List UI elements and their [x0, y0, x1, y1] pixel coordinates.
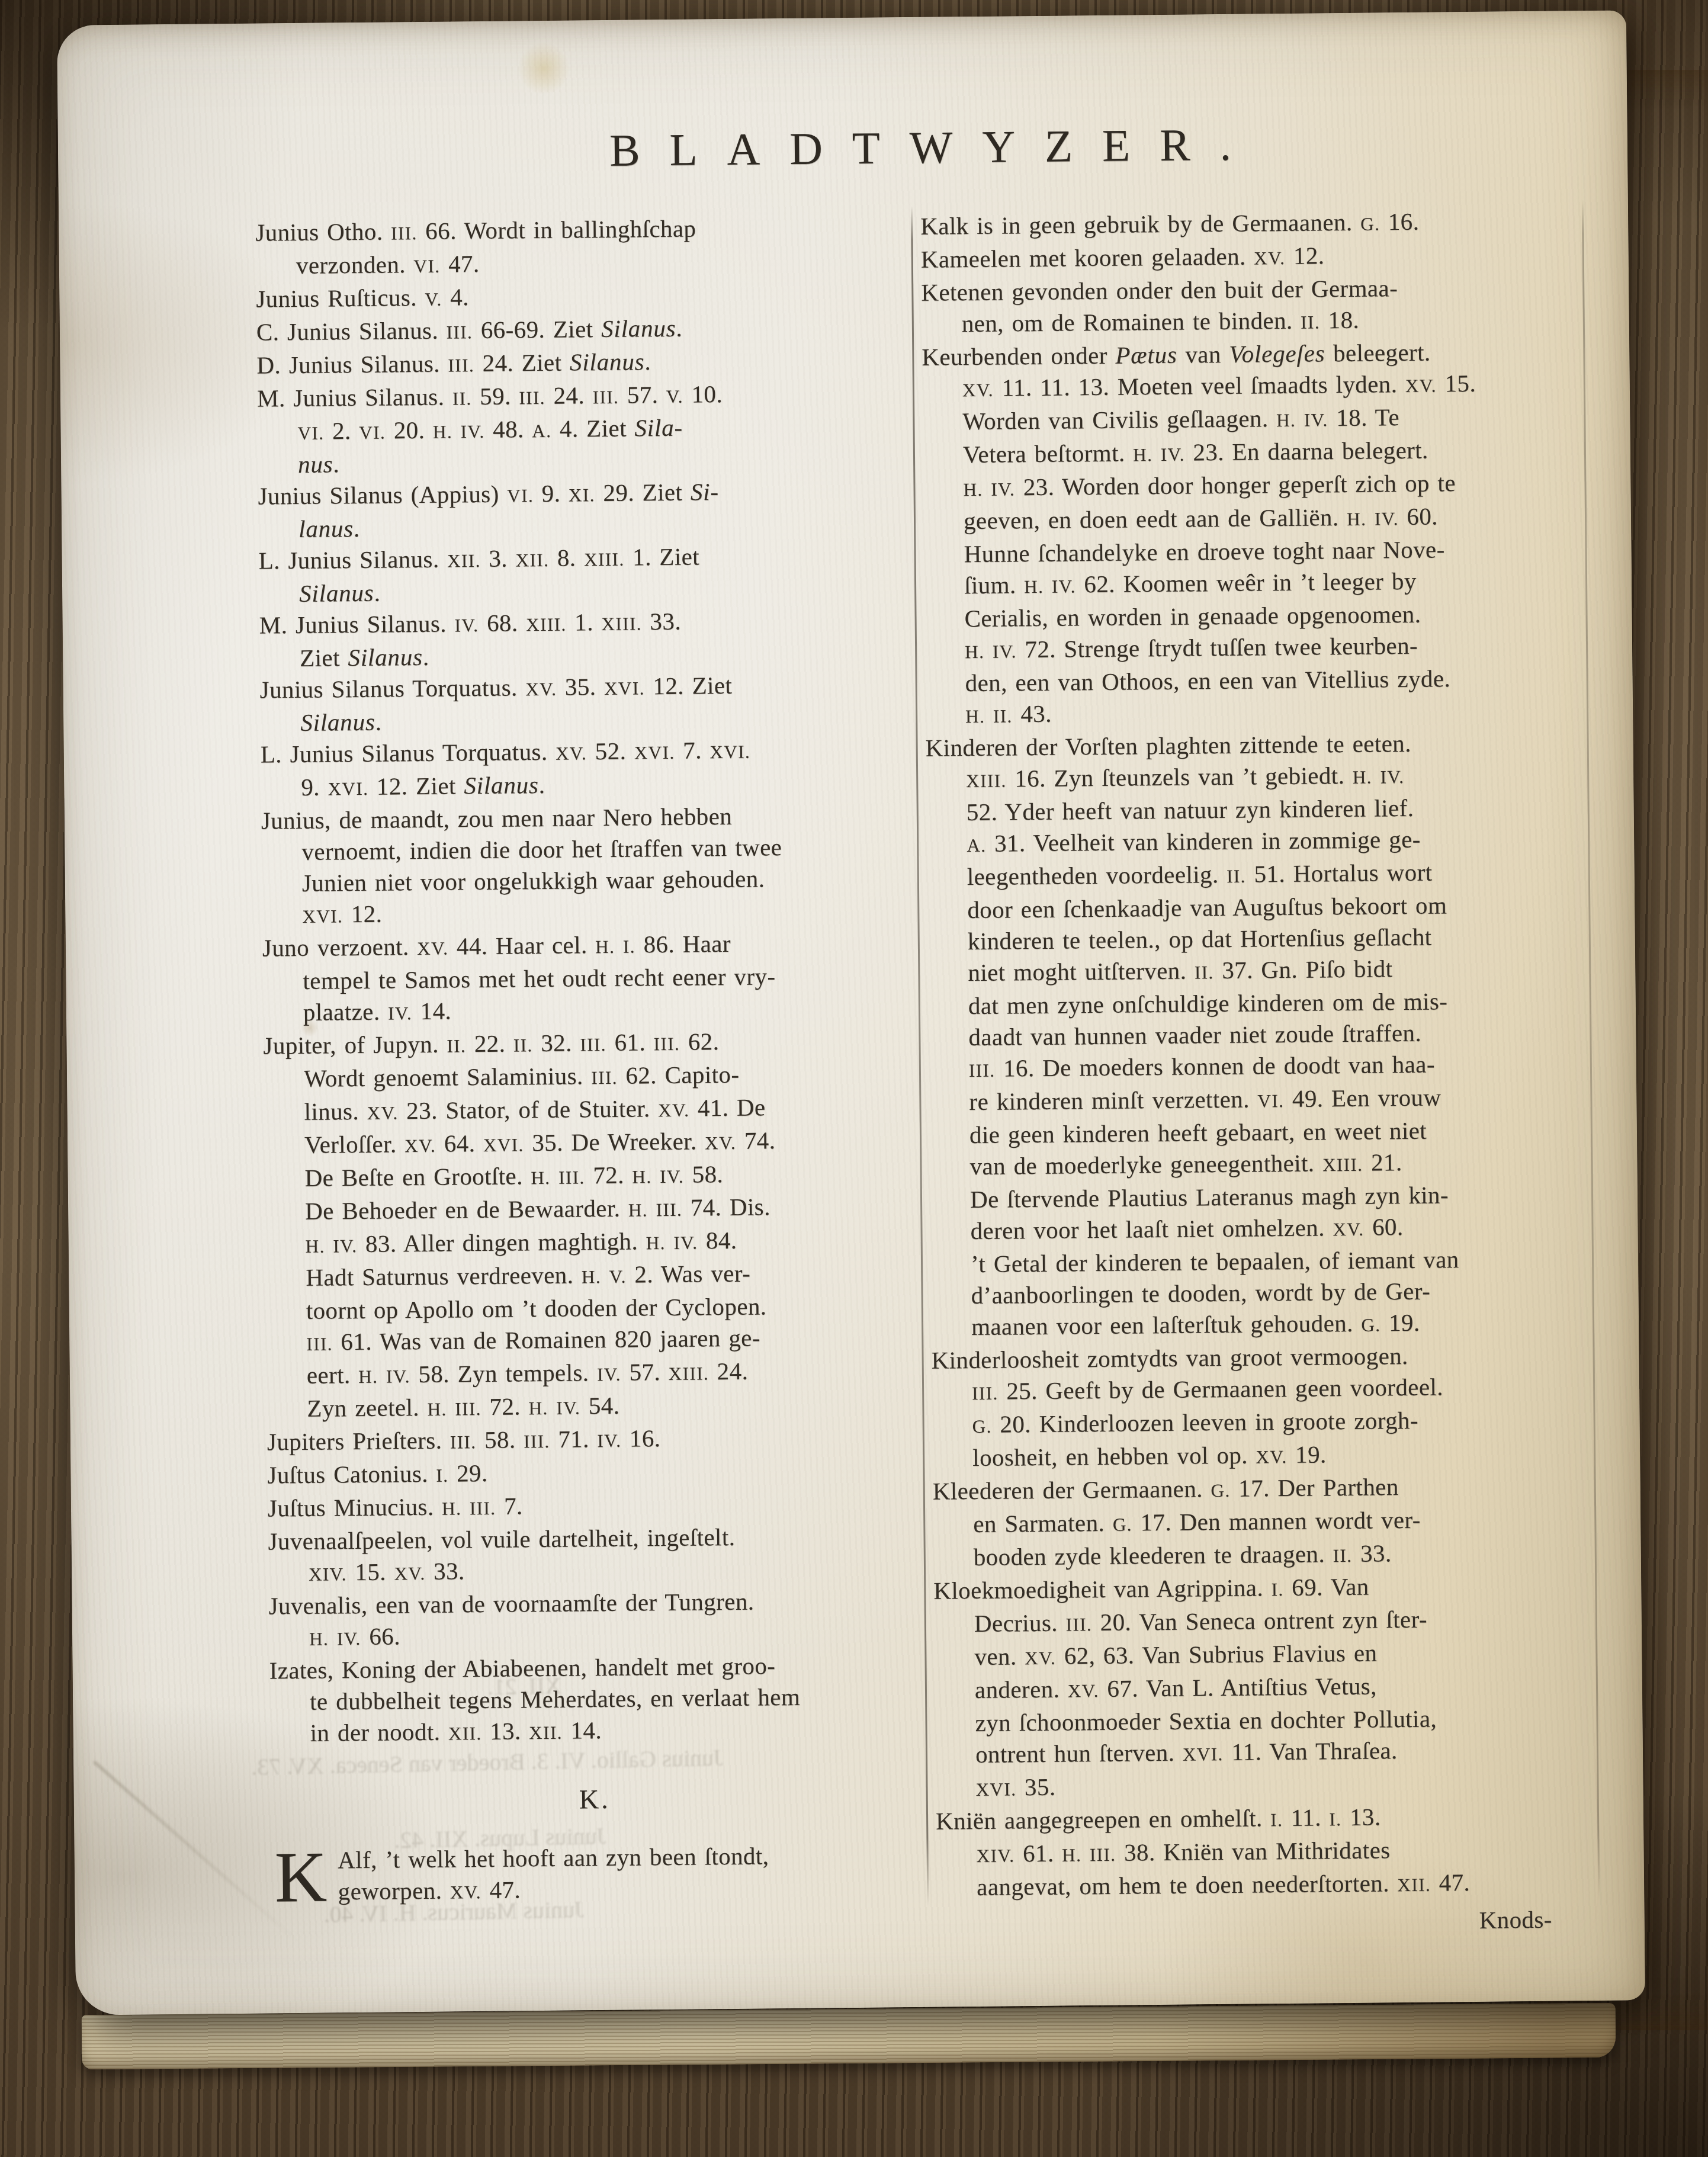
reference-numeral: III. — [470, 1498, 496, 1519]
index-line: leegentheden voordeelig. II. 51. Hortalu… — [927, 855, 1575, 895]
index-entry: C. Junius Silanus. III. 66-69. Ziet Sila… — [256, 310, 905, 350]
reference-numeral: IV. — [1375, 508, 1399, 529]
reference-numeral: IV. — [597, 1430, 621, 1451]
index-line: anderen. XV. 67. Van L. Antiſtius Vetus, — [935, 1668, 1583, 1708]
reference-numeral: III. — [450, 1431, 477, 1452]
index-line: ontrent hun ſterven. XVI. 11. Van Thraſe… — [935, 1733, 1584, 1773]
index-line: geeven, en doen eedt aan de Galliën. H. … — [923, 499, 1572, 539]
index-line: van de moederlyke geneegentheit. XIII. 2… — [929, 1145, 1578, 1185]
reference-numeral: H. — [1062, 1844, 1081, 1865]
index-line: Kniën aangegreepen en omhelſt. I. 11. I.… — [936, 1799, 1584, 1839]
reference-numeral: I. — [1329, 1809, 1341, 1829]
index-line: linus. XV. 23. Stator, of de Stuiter. XV… — [264, 1090, 912, 1130]
index-line: Wordt genoemt Salaminius. III. 62. Capit… — [264, 1057, 912, 1097]
reference-numeral: VI. — [507, 485, 534, 506]
index-entry: Junius Otho. III. 66. Wordt in ballinghſ… — [255, 211, 904, 284]
reference-numeral: XV. — [705, 1132, 736, 1154]
reference-numeral: V. — [666, 386, 683, 407]
index-entry: Kloekmoedigheit van Agrippina. I. 69. Va… — [933, 1569, 1584, 1805]
index-line: Jupiters Prieſters. III. 58. III. 71. IV… — [267, 1420, 916, 1460]
reference-numeral: IV. — [386, 1366, 410, 1386]
index-line: geworpen. XV. 47. — [271, 1870, 920, 1910]
reference-numeral: A. — [532, 421, 551, 441]
index-line: Junius Silanus Torquatus. XV. 35. XVI. 1… — [259, 668, 908, 708]
reference-numeral: IV. — [993, 641, 1017, 662]
index-entry: Junius Ruſticus. V. 4. — [256, 277, 904, 317]
reference-numeral: III. — [653, 1033, 680, 1054]
reference-numeral: III. — [1090, 1844, 1116, 1865]
reference-numeral: H. — [1347, 509, 1366, 529]
index-entry: Junius Silanus (Appius) VI. 9. XI. 29. Z… — [258, 474, 907, 545]
index-entry: Izates, Koning der Abiabeenen, handelt m… — [269, 1649, 919, 1751]
index-entry: Juſtus Catonius. I. 29. — [267, 1453, 916, 1493]
index-line: H. IV. 83. Aller dingen maghtigh. H. IV.… — [265, 1223, 913, 1263]
reference-numeral: I. — [436, 1465, 448, 1486]
index-line: Juſtus Minucius. H. III. 7. — [268, 1487, 916, 1526]
reference-numeral: XIII. — [966, 770, 1007, 791]
reference-numeral: XV. — [658, 1100, 689, 1121]
index-line: Juſtus Catonius. I. 29. — [267, 1453, 916, 1493]
index-line: Vetera beſtormt. H. IV. 23. En daarna be… — [923, 433, 1571, 473]
index-line: H. IV. 72. Strenge ſtrydt tuſſen twee ke… — [924, 628, 1573, 668]
reference-numeral: XIII. — [1322, 1154, 1363, 1176]
reference-numeral: XII. — [447, 550, 481, 572]
reference-numeral: XIII. — [526, 614, 567, 635]
reference-numeral: XV. — [1068, 1680, 1099, 1702]
reference-numeral: IV. — [1304, 409, 1328, 430]
reference-numeral: IV. — [660, 1166, 684, 1187]
index-column-left: Junius Otho. III. 66. Wordt in ballinghſ… — [255, 211, 920, 1947]
reference-numeral: III. — [524, 1431, 550, 1452]
index-line: Junius Silanus (Appius) VI. 9. XI. 29. Z… — [258, 474, 906, 514]
reference-numeral: II. — [452, 388, 472, 409]
index-entry: Juſtus Minucius. H. III. 7. — [268, 1487, 916, 1526]
index-line: nen, om de Romainen te binden. II. 18. — [922, 302, 1570, 342]
index-line: aangevat, om hem te doen neederſtorten. … — [936, 1866, 1585, 1905]
index-line: Decrius. III. 20. Van Seneca ontrent zyn… — [934, 1602, 1582, 1642]
index-line: VI. 2. VI. 20. H. IV. 48. A. 4. Ziet Sil… — [257, 410, 906, 450]
reference-numeral: III. — [591, 1067, 618, 1088]
reference-numeral: XV. — [1254, 248, 1285, 269]
index-line: niet moght uitſterven. II. 37. Gn. Piſo … — [927, 951, 1576, 991]
reference-numeral: XIV. — [977, 1845, 1015, 1866]
reference-numeral: H. — [628, 1199, 648, 1220]
reference-numeral: III. — [558, 1167, 585, 1187]
reference-numeral: II. — [513, 1035, 533, 1055]
reference-numeral: III. — [519, 387, 545, 408]
reference-numeral: H. — [965, 706, 985, 727]
reference-numeral: H. — [646, 1232, 666, 1253]
index-line: XVI. 12. — [262, 893, 910, 933]
reference-numeral: XVI. — [1183, 1744, 1224, 1765]
index-line: 9. XVI. 12. Ziet Silanus. — [261, 766, 909, 805]
outer-margin-rule — [1582, 200, 1600, 1899]
reference-numeral: XV. — [367, 1102, 398, 1124]
drop-cap: K — [271, 1844, 338, 1904]
index-line: loosheit, en hebben vol op. XV. 19. — [932, 1436, 1581, 1476]
reference-numeral: G. — [1361, 1314, 1380, 1335]
index-line: Kalk is in geen gebruik by de Germaanen.… — [920, 204, 1569, 244]
index-entry: Kinderloosheit zomtydts van groot vermoo… — [931, 1339, 1581, 1476]
reference-numeral: XV. — [394, 1563, 425, 1584]
reference-numeral: II. — [1227, 866, 1246, 887]
index-line: XV. 11. 11. 13. Moeten veel ſmaadts lyde… — [922, 367, 1571, 406]
reference-numeral: V. — [425, 289, 442, 310]
reference-numeral: IV. — [1161, 444, 1185, 465]
reference-numeral: I. — [1271, 1579, 1283, 1600]
reference-numeral: H. — [1276, 410, 1296, 431]
reference-numeral: IV. — [388, 1003, 412, 1023]
index-line: Juno verzoent. XV. 44. Haar cel. H. I. 8… — [262, 926, 911, 966]
reference-numeral: H. — [1024, 576, 1044, 597]
index-line: Kameelen met kooren gelaaden. XV. 12. — [921, 237, 1569, 277]
reference-numeral: IV. — [597, 1364, 621, 1385]
reference-numeral: III. — [455, 1398, 481, 1419]
index-line: eert. H. IV. 58. Zyn tempels. IV. 57. XI… — [267, 1354, 915, 1394]
index-line: deren voor het laaſt niet omhelzen. XV. … — [930, 1209, 1578, 1249]
index-entry: Jupiters Prieſters. III. 58. III. 71. IV… — [267, 1420, 916, 1460]
index-line: M. Junius Silanus. II. 59. III. 24. III.… — [257, 377, 906, 416]
index-line: ven. XV. 62, 63. Van Subrius Flavius en — [934, 1635, 1582, 1675]
index-entry: Junius Silanus Torquatus. XV. 35. XVI. 1… — [259, 668, 908, 739]
index-line: en Sarmaten. G. 17. Den mannen wordt ver… — [933, 1503, 1581, 1542]
index-line: III. 61. Was van de Romainen 820 jaaren … — [266, 1321, 914, 1360]
reference-numeral: III. — [306, 1333, 333, 1354]
index-entry: D. Junius Silanus. III. 24. Ziet Silanus… — [256, 344, 905, 383]
reference-numeral: XV. — [417, 938, 448, 959]
section-heading: K. — [270, 1780, 919, 1818]
reference-numeral: IV. — [333, 1235, 357, 1256]
index-line: A. 31. Veelheit van kinderen in zommige … — [926, 822, 1575, 862]
index-entry: Kinderen der Vorſten plaghten zittende t… — [925, 726, 1579, 1344]
reference-numeral: H. — [1353, 767, 1372, 788]
index-entry: KAlf, ’t welk het hooft aan zyn been ſto… — [271, 1839, 920, 1910]
reference-numeral: II. — [1301, 312, 1320, 332]
reference-numeral: XV. — [1256, 1446, 1287, 1468]
reference-numeral: IV. — [337, 1628, 361, 1649]
reference-numeral: H. — [632, 1166, 651, 1187]
reference-numeral: H. — [965, 641, 984, 662]
index-line: Jupiter, of Jupyn. II. 22. II. 32. III. … — [263, 1024, 911, 1064]
reference-numeral: H. — [595, 936, 615, 957]
reference-numeral: XV. — [404, 1135, 436, 1157]
reference-numeral: H. — [306, 1236, 325, 1257]
reference-numeral: G. — [1113, 1514, 1132, 1535]
reference-numeral: H. — [427, 1399, 447, 1420]
index-line: D. Junius Silanus. III. 24. Ziet Silanus… — [256, 344, 905, 383]
reference-numeral: XVI. — [328, 778, 368, 800]
reference-numeral: XV. — [556, 743, 587, 764]
index-line: III. 16. De moeders konnen de doodt van … — [929, 1047, 1577, 1087]
index-line: M. Junius Silanus. IV. 68. XIII. 1. XIII… — [259, 604, 907, 643]
reference-numeral: XVI. — [604, 678, 645, 699]
reference-numeral: I. — [1270, 1809, 1283, 1830]
book-page: XII. 21.Junius Gallio. VI. 3. Broeder va… — [57, 10, 1645, 2015]
index-line: Worden van Civilis geſlaagen. H. IV. 18.… — [922, 400, 1571, 439]
index-line: Verloſſer. XV. 64. XVI. 35. De Wreeker. … — [264, 1124, 913, 1163]
index-line: III. 25. Geeft by de Germaanen geen voor… — [932, 1370, 1580, 1410]
reference-numeral: XVI. — [975, 1779, 1016, 1800]
reference-numeral: II. — [1333, 1545, 1353, 1566]
reference-numeral: I. — [623, 936, 635, 956]
reference-numeral: VI. — [413, 256, 440, 277]
index-line: G. 20. Kinderloozen leeven in groote zor… — [932, 1403, 1580, 1443]
index-line: ſium. H. IV. 62. Koomen weêr in ’t leege… — [924, 564, 1572, 604]
reference-numeral: XVI. — [302, 906, 343, 927]
index-line: Junius Ruſticus. V. 4. — [256, 277, 904, 317]
reference-numeral: XVI. — [709, 742, 750, 763]
reference-numeral: H. — [358, 1366, 378, 1387]
index-line: H. II. 43. — [925, 693, 1574, 733]
index-line: H. IV. 23. Worden door honger geperſt zi… — [923, 466, 1571, 506]
reference-numeral: IV. — [1380, 766, 1404, 787]
index-entry: Keurbenden onder Pætus van Volegeſes bel… — [922, 335, 1574, 732]
reference-numeral: G. — [1360, 213, 1380, 234]
index-line: H. IV. 66. — [269, 1616, 917, 1655]
index-entry: Juno verzoent. XV. 44. Haar cel. H. I. 8… — [262, 926, 912, 1031]
index-line: verzonden. VI. 47. — [256, 244, 904, 284]
reference-numeral: H. — [442, 1498, 461, 1519]
reference-numeral: H. — [433, 421, 452, 442]
index-line: Junius Otho. III. 66. Wordt in ballinghſ… — [255, 211, 904, 251]
reference-numeral: VI. — [1257, 1090, 1284, 1111]
reference-numeral: H. — [528, 1398, 548, 1418]
reference-numeral: H. — [1133, 444, 1152, 465]
index-entry: Junius, de maandt, zou men naar Nero heb… — [261, 799, 911, 933]
catchword: Knods- — [937, 1904, 1585, 1941]
index-line: Zyn zeetel. H. III. 72. H. IV. 54. — [267, 1387, 915, 1427]
reference-numeral: II. — [1195, 962, 1214, 983]
reference-numeral: H. — [582, 1266, 601, 1287]
reference-numeral: II. — [447, 1035, 466, 1056]
reference-numeral: IV. — [673, 1232, 698, 1253]
reference-numeral: III. — [580, 1034, 606, 1055]
photo-of-book-on-table: XII. 21.Junius Gallio. VI. 3. Broeder va… — [0, 0, 1708, 2157]
index-line: L. Junius Silanus. XII. 3. XII. 8. XIII.… — [258, 539, 907, 579]
index-entry: Kameelen met kooren gelaaden. XV. 12. — [921, 237, 1569, 277]
reference-numeral: XV. — [1405, 375, 1437, 396]
index-entry: Juvenalis, een van de voornaamſte der Tu… — [268, 1584, 917, 1655]
index-entry: L. Junius Silanus Torquatus. XV. 52. XVI… — [261, 733, 910, 805]
index-entry: M. Junius Silanus. II. 59. III. 24. III.… — [257, 377, 907, 481]
reference-numeral: II. — [993, 705, 1013, 726]
index-line: maanen voor een laſterſtuk gehouden. G. … — [931, 1305, 1579, 1345]
reference-numeral: XV. — [450, 1882, 481, 1903]
index-line: XVI. 35. — [935, 1766, 1584, 1806]
reference-numeral: XII. — [1397, 1874, 1431, 1896]
reference-numeral: III. — [592, 387, 619, 407]
reference-numeral: III. — [656, 1199, 682, 1220]
index-line: Hadt Saturnus verdreeven. H. V. 2. Was v… — [265, 1256, 914, 1296]
index-line: re kinderen minſt verzetten. VI. 49. Een… — [929, 1080, 1577, 1120]
index-line: Kloekmoedigheit van Agrippina. I. 69. Va… — [933, 1569, 1582, 1609]
reference-numeral: III. — [447, 322, 473, 342]
index-columns: Junius Otho. III. 66. Wordt in ballinghſ… — [255, 204, 1585, 1947]
index-line: booden zyde kleederen te draagen. II. 33… — [933, 1536, 1582, 1575]
index-line: plaatze. IV. 14. — [263, 991, 911, 1031]
reference-numeral: IV. — [460, 421, 484, 442]
index-entry: Kniën aangegreepen en omhelſt. I. 11. I.… — [936, 1799, 1585, 1905]
reference-numeral: XII. — [515, 550, 549, 571]
reference-numeral: XIII. — [584, 549, 625, 570]
reference-numeral: VI. — [297, 422, 324, 443]
index-line: in der noodt. XII. 13. XII. 14. — [269, 1712, 918, 1751]
text-block: BLADTWYZER. Junius Otho. III. 66. Wordt … — [58, 114, 1645, 1949]
reference-numeral: IV. — [454, 615, 479, 635]
reference-numeral: IV. — [991, 479, 1015, 499]
index-entry: M. Junius Silanus. IV. 68. XIII. 1. XIII… — [259, 604, 908, 675]
reference-numeral: XV. — [1025, 1648, 1056, 1669]
reference-numeral: H. — [963, 479, 983, 500]
reference-numeral: G. — [972, 1416, 992, 1437]
index-line: XIV. 15. XV. 33. — [268, 1551, 917, 1591]
index-line: L. Junius Silanus Torquatus. XV. 52. XVI… — [261, 733, 909, 772]
reference-numeral: XI. — [569, 484, 595, 505]
reference-numeral: III. — [391, 223, 418, 243]
index-entry: L. Junius Silanus. XII. 3. XII. 8. XIII.… — [258, 539, 907, 610]
reference-numeral: III. — [1065, 1614, 1092, 1635]
reference-numeral: XVI. — [634, 742, 675, 763]
page-title: BLADTWYZER. — [255, 115, 1593, 181]
reference-numeral: XIII. — [601, 613, 642, 634]
reference-numeral: G. — [1211, 1480, 1230, 1501]
index-line: C. Junius Silanus. III. 66-69. Ziet Sila… — [256, 310, 905, 350]
reference-numeral: IV. — [1052, 576, 1076, 596]
reference-numeral: H. — [531, 1167, 550, 1188]
index-entry: Juvenaalſpeelen, vol vuile dartelheit, i… — [268, 1520, 917, 1591]
index-line: Kleederen der Germaanen. G. 17. Der Part… — [933, 1469, 1581, 1509]
reference-numeral: XV. — [1333, 1219, 1364, 1240]
reference-numeral: III. — [969, 1060, 996, 1081]
index-entry: Ketenen gevonden onder den buit der Germ… — [921, 271, 1570, 342]
index-column-right: Kalk is in geen gebruik by de Germaanen.… — [920, 204, 1585, 1941]
reference-numeral: IV. — [556, 1397, 580, 1418]
index-line: De Behoeder en de Bewaarder. H. III. 74.… — [265, 1190, 913, 1230]
reference-numeral: XV. — [525, 679, 557, 700]
reference-numeral: XIII. — [669, 1363, 709, 1384]
reference-numeral: A. — [967, 835, 986, 856]
reference-numeral: XV. — [962, 380, 994, 401]
reference-numeral: XVI. — [483, 1134, 524, 1155]
index-line: De Beſte en Grootſte. H. III. 72. H. IV.… — [264, 1157, 913, 1196]
index-entry: Kleederen der Germaanen. G. 17. Der Part… — [933, 1469, 1582, 1575]
reference-numeral: H. — [309, 1629, 329, 1649]
index-entry: Jupiter, of Jupyn. II. 22. II. 32. III. … — [263, 1024, 915, 1426]
index-line: XIII. 16. Zyn ſteunzels van ’t gebiedt. … — [926, 757, 1574, 797]
reference-numeral: III. — [448, 355, 474, 375]
reference-numeral: VI. — [359, 422, 386, 442]
reference-numeral: V. — [609, 1266, 627, 1287]
index-entry: Kalk is in geen gebruik by de Germaanen.… — [920, 204, 1569, 244]
reference-numeral: XII. — [448, 1723, 482, 1744]
reference-numeral: XII. — [529, 1722, 563, 1744]
reference-numeral: XIV. — [309, 1564, 347, 1585]
index-line: XIV. 61. H. III. 38. Kniën van Mithridat… — [936, 1832, 1584, 1872]
reference-numeral: III. — [972, 1383, 999, 1404]
